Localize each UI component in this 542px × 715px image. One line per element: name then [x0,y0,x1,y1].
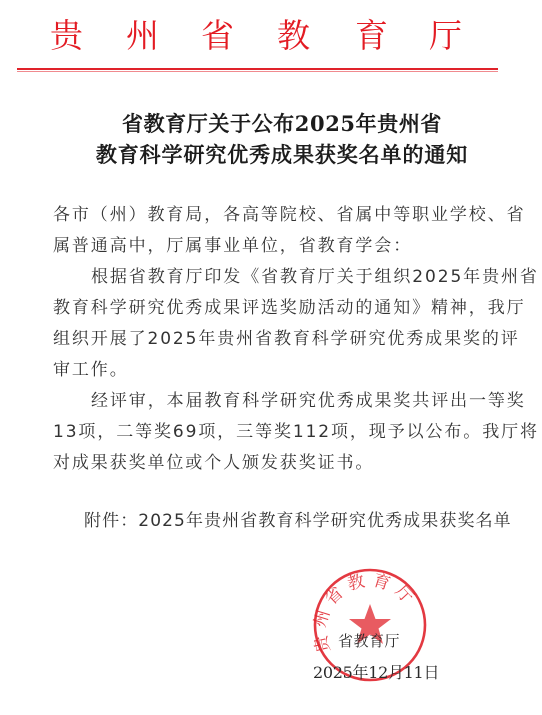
letterhead-char: 省 [201,14,234,58]
letterhead-char: 贵 [50,14,83,58]
attachment-line: 附件：2025年贵州省教育科学研究优秀成果获奖名单 [84,509,512,533]
letterhead-divider-thin [17,71,498,72]
letterhead-divider [17,68,498,70]
salutation-line: 属普通高中，厅属事业单位，省教育学会： [53,234,412,258]
paragraph-2-line: 13项，二等奖69项，三等奖112项，现予以公布。我厅将 [53,420,539,444]
signature-date: 2025年12月11日 [313,660,439,683]
letterhead-char: 教 [277,14,310,58]
signature-organization: 省教育厅 [338,630,400,651]
letterhead-char: 育 [355,14,388,58]
document-title-line-2: 教育科学研究优秀成果获奖名单的通知 [11,139,542,170]
paragraph-2-line: 对成果获奖单位或个人颁发获奖证书。 [53,451,374,475]
document-page: 贵 州 省 教 育 厅 省教育厅关于公布2025年贵州省 教育科学研究优秀成果获… [0,0,542,715]
paragraph-1-line: 教育科学研究优秀成果评选奖励活动的通知》精神，我厅 [53,296,526,320]
letterhead-char: 州 [126,14,159,58]
paragraph-1-line: 审工作。 [53,358,129,382]
letterhead: 贵 州 省 教 育 厅 [0,14,542,64]
paragraph-1-line: 根据省教育厅印发《省教育厅关于组织2025年贵州省 [91,265,539,289]
paragraph-2-line: 经评审，本届教育科学研究优秀成果奖共评出一等奖 [91,389,526,413]
letterhead-char: 厅 [429,14,462,58]
document-title-line-1: 省教育厅关于公布2025年贵州省 [11,108,542,139]
paragraph-1-line: 组织开展了2025年贵州省教育科学研究优秀成果奖的评 [53,327,520,351]
salutation-line: 各市（州）教育局，各高等院校、省属中等职业学校、省 [53,203,526,227]
